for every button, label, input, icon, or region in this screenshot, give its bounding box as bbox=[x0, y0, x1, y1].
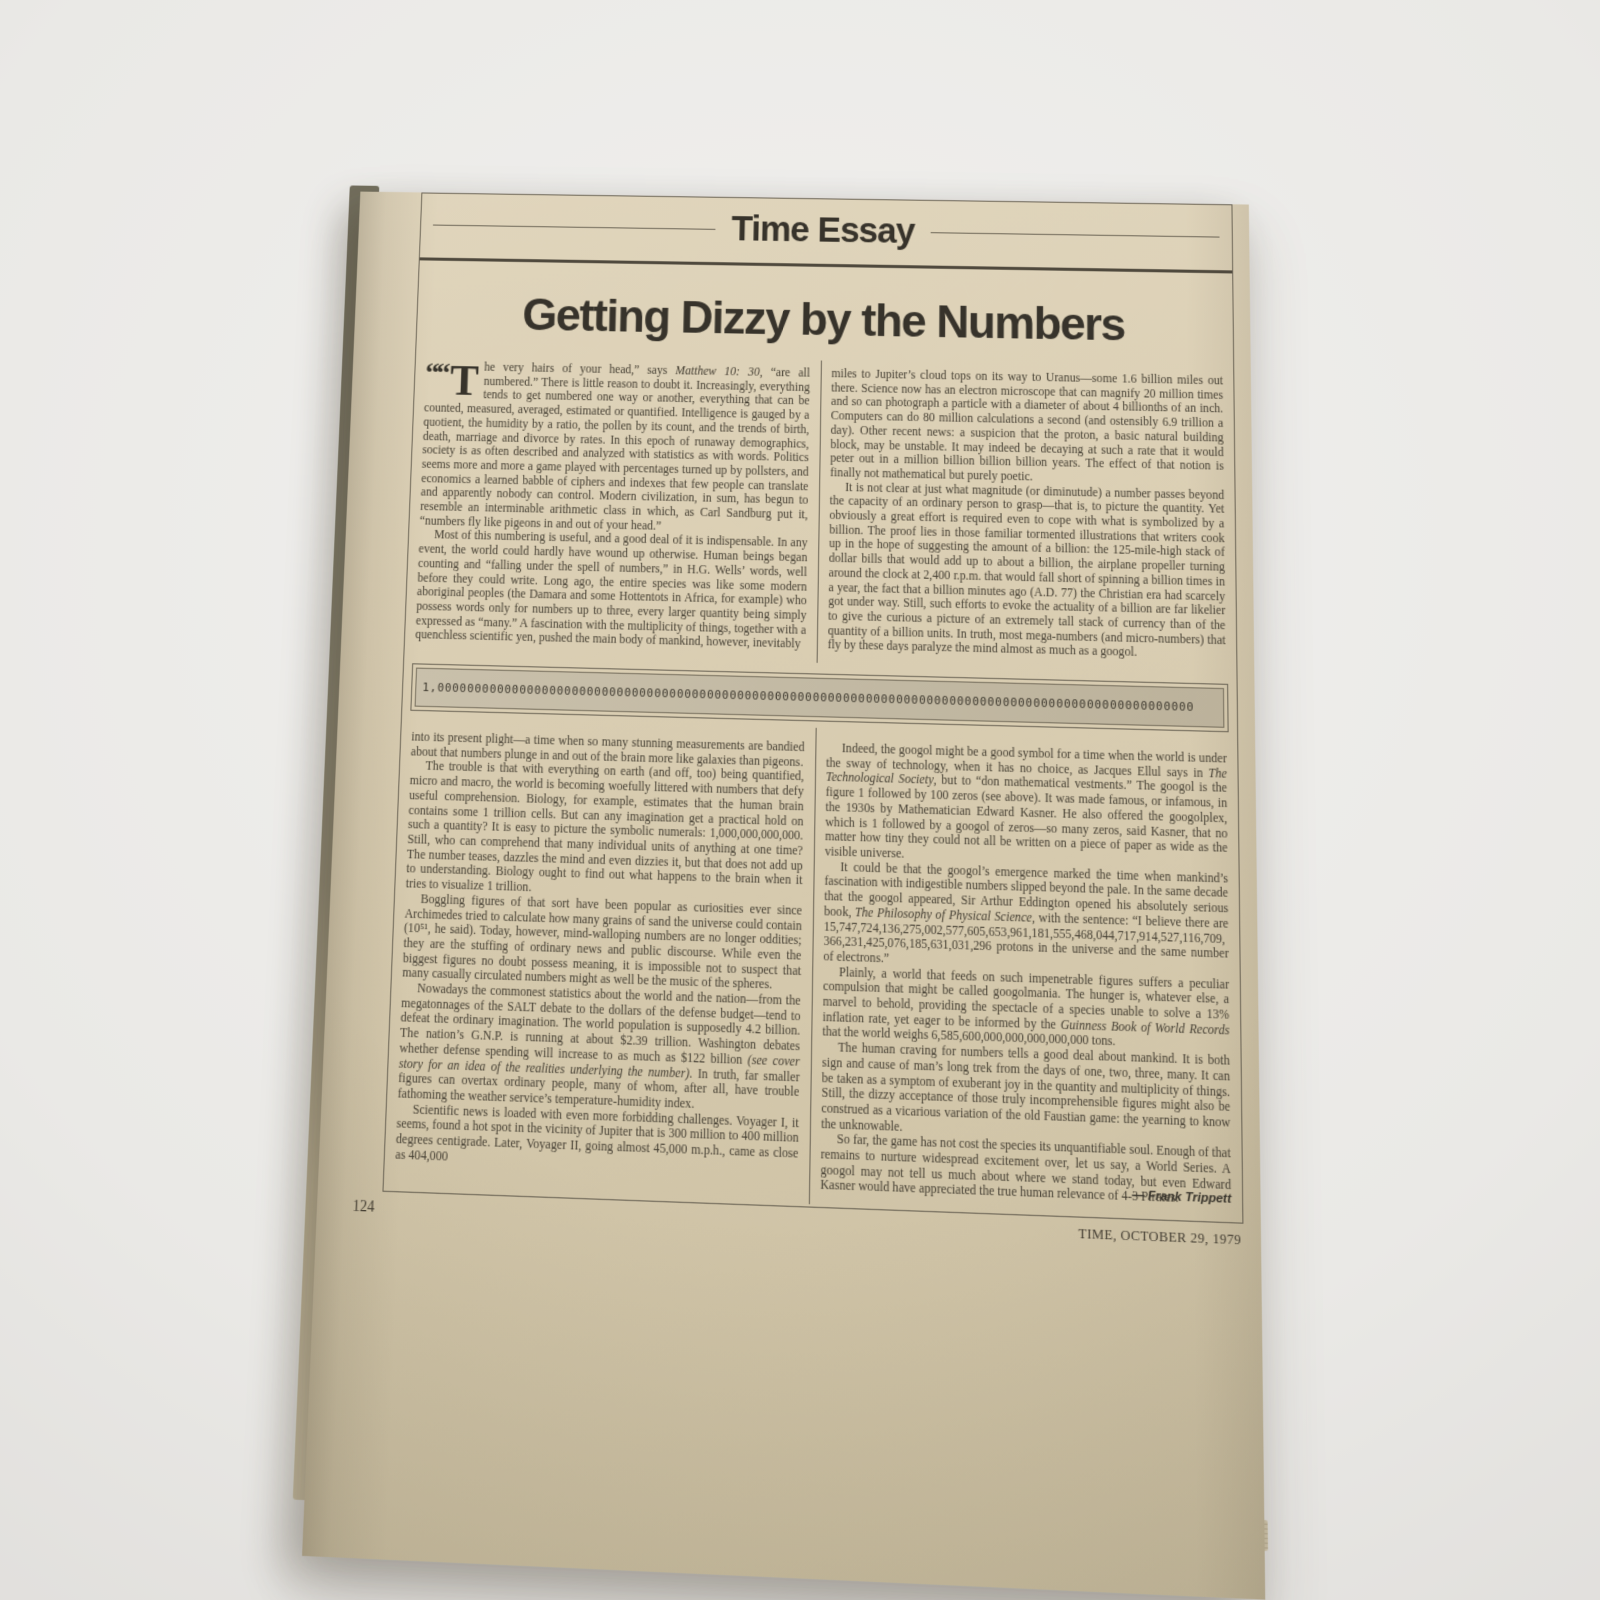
bottom-right-column: Indeed, the googol might be a good symbo… bbox=[808, 728, 1242, 1221]
paragraph: Plainly, a world that feeds on such impe… bbox=[822, 964, 1230, 1053]
footer-page-number: 124 bbox=[352, 1199, 375, 1218]
photo-background: Time Essay Getting Dizzy by the Numbers … bbox=[0, 0, 1600, 1600]
googol-figure-inner: 1,00000000000000000000000000000000000000… bbox=[415, 668, 1225, 728]
masthead: Time Essay bbox=[432, 205, 1219, 257]
essay-box: Time Essay Getting Dizzy by the Numbers … bbox=[382, 192, 1243, 1223]
drop-cap-letter: T bbox=[449, 365, 479, 398]
byline: — Frank Trippett bbox=[1116, 1189, 1232, 1209]
masthead-rule bbox=[420, 257, 1232, 273]
paragraph: Boggling figures of that sort have been … bbox=[402, 891, 802, 993]
magazine-page: Time Essay Getting Dizzy by the Numbers … bbox=[302, 192, 1265, 1600]
paragraph: The trouble is that with everything on e… bbox=[405, 759, 804, 903]
paragraph: Nowadays the commonest statistics about … bbox=[397, 981, 800, 1116]
paragraph: Scientific news is loaded with even more… bbox=[395, 1102, 799, 1178]
masthead-label: Time Essay bbox=[731, 209, 915, 252]
essay-title: Getting Dizzy by the Numbers bbox=[425, 287, 1225, 354]
paragraph: The human craving for numbers tells a go… bbox=[821, 1040, 1231, 1146]
paragraph: It could be that the googol’s emergence … bbox=[823, 859, 1229, 977]
magazine-page-wrap: Time Essay Getting Dizzy by the Numbers … bbox=[305, 140, 1265, 1538]
top-columns: ““The very hairs of your head,” says Mat… bbox=[404, 353, 1236, 673]
googol-number: 1,00000000000000000000000000000000000000… bbox=[422, 680, 1194, 714]
paragraph: miles to Jupiter’s cloud tops on its way… bbox=[830, 367, 1224, 488]
paragraph: It is not clear at just what magnitude (… bbox=[828, 480, 1226, 662]
footer-issue-date: TIME, OCTOBER 29, 1979 bbox=[1078, 1226, 1241, 1249]
top-left-column: ““The very hairs of your head,” says Mat… bbox=[404, 353, 820, 663]
paragraph: Most of this numbering is useful, and a … bbox=[415, 528, 808, 652]
bottom-left-column: into its present plight—a time when so m… bbox=[384, 717, 816, 1204]
top-right-column: miles to Jupiter’s cloud tops on its way… bbox=[816, 360, 1236, 673]
paragraph: So far, the game has not cost the specie… bbox=[820, 1132, 1231, 1209]
drop-cap-quotes: ““ bbox=[425, 361, 448, 386]
paragraph: Indeed, the googol might be a good symbo… bbox=[825, 741, 1228, 871]
bottom-columns: into its present plight—a time when so m… bbox=[384, 717, 1243, 1221]
paragraph: ““The very hairs of your head,” says Mat… bbox=[419, 359, 810, 536]
